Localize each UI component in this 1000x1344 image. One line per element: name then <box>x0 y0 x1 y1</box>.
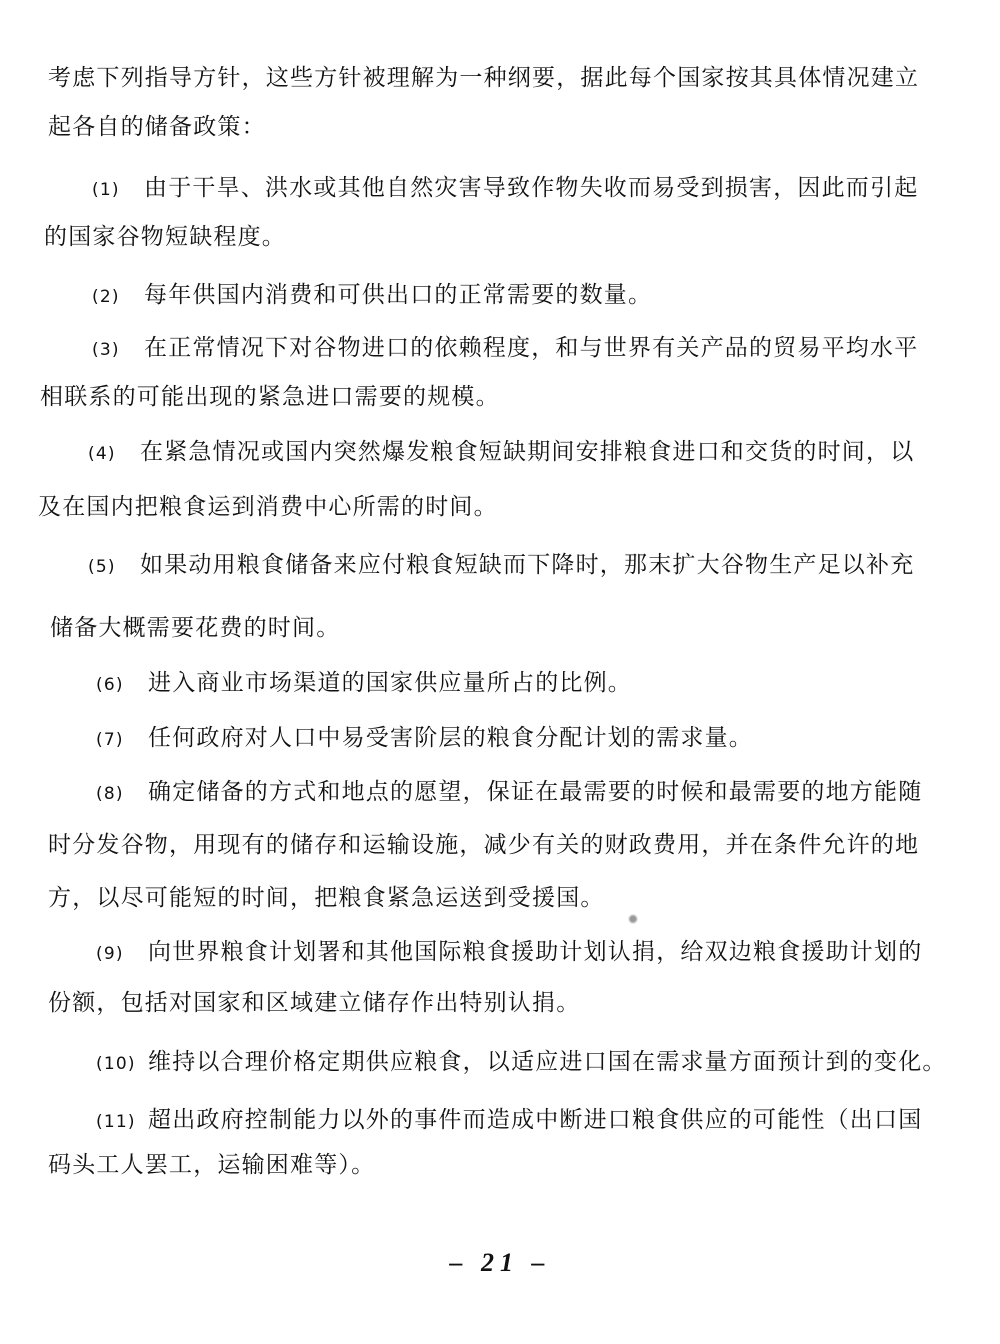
item-9-line-1: (9)向世界粮食计划署和其他国际粮食援助计划认捐，给双边粮食援助计划的 <box>96 937 922 969</box>
item-2-line-1: (2)每年供国内消费和可供出口的正常需要的数量。 <box>92 280 652 312</box>
item-number: (8) <box>96 779 148 809</box>
item-8-line-1: (8)确定储备的方式和地点的愿望，保证在最需要的时候和最需要的地方能随 <box>96 777 922 809</box>
item-number: (9) <box>96 939 148 969</box>
item-number: (1) <box>92 175 144 205</box>
item-number: (11) <box>96 1107 148 1137</box>
item-1-line-2: 的国家谷物短缺程度。 <box>44 222 286 252</box>
item-3-line-1: (3)在正常情况下对谷物进口的依赖程度，和与世界有关产品的贸易平均水平 <box>92 333 918 365</box>
item-3-line-2: 相联系的可能出现的紧急进口需要的规模。 <box>40 382 500 412</box>
item-8-line-2: 时分发谷物，用现有的储存和运输设施，减少有关的财政费用，并在条件允许的地 <box>48 830 919 860</box>
item-number: (10) <box>96 1049 148 1079</box>
item-11-line-1: (11)超出政府控制能力以外的事件而造成中断进口粮食供应的可能性（出口国 <box>96 1105 922 1137</box>
item-6-line-1: (6)进入商业市场渠道的国家供应量所占的比例。 <box>96 668 632 700</box>
item-number: (5) <box>88 552 140 582</box>
item-4-line-2: 及在国内把粮食运到消费中心所需的时间。 <box>38 492 498 522</box>
item-number: (6) <box>96 670 148 700</box>
item-11-line-2: 码头工人罢工，运输困难等）。 <box>48 1150 375 1180</box>
document-page: 考虑下列指导方针，这些方针被理解为一种纲要，据此每个国家按其具体情况建立 起各自… <box>0 0 1000 1344</box>
item-5-line-2: 储备大概需要花费的时间。 <box>50 613 340 643</box>
item-number: (4) <box>88 439 140 469</box>
intro-line-2: 起各自的储备政策： <box>48 112 266 142</box>
item-8-line-3: 方，以尽可能短的时间，把粮食紧急运送到受援国。 <box>48 883 605 913</box>
scan-artifact <box>628 912 638 926</box>
item-7-line-1: (7)任何政府对人口中易受害阶层的粮食分配计划的需求量。 <box>96 723 753 755</box>
item-1-line-1: (1)由于干旱、洪水或其他自然灾害导致作物失收而易受到损害，因此而引起 <box>92 173 918 205</box>
intro-line-1: 考虑下列指导方针，这些方针被理解为一种纲要，据此每个国家按其具体情况建立 <box>48 63 919 93</box>
page-number: – 21 – <box>0 1248 1000 1278</box>
item-number: (3) <box>92 335 144 365</box>
item-number: (7) <box>96 725 148 755</box>
item-5-line-1: (5)如果动用粮食储备来应付粮食短缺而下降时，那末扩大谷物生产足以补充 <box>88 550 914 582</box>
item-10-line-1: (10)维持以合理价格定期供应粮食，以适应进口国在需求量方面预计到的变化。 <box>96 1047 947 1079</box>
item-9-line-2: 份额，包括对国家和区域建立储存作出特别认捐。 <box>48 988 580 1018</box>
item-4-line-1: (4)在紧急情况或国内突然爆发粮食短缺期间安排粮食进口和交货的时间，以 <box>88 437 914 469</box>
item-number: (2) <box>92 282 144 312</box>
